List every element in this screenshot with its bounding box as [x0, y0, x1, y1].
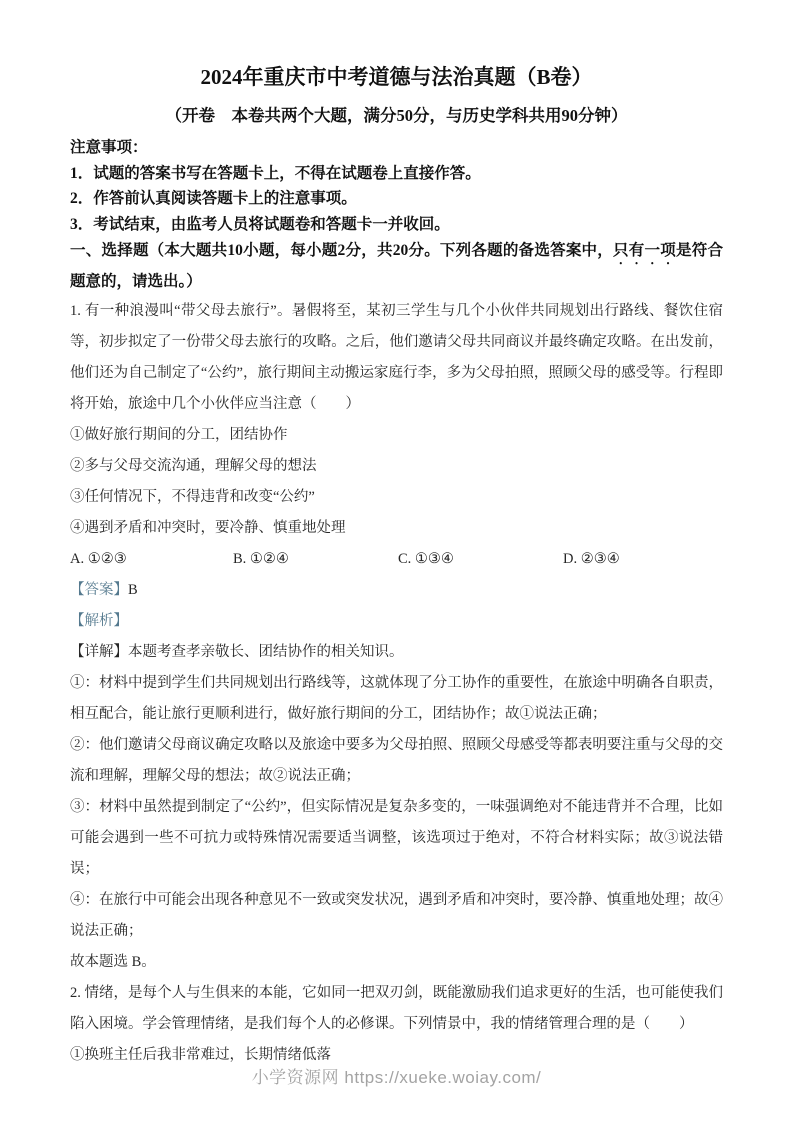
page-subtitle: （开卷 本卷共两个大题，满分50分，与历史学科共用90分钟）	[70, 104, 723, 128]
detail-point-1: ①：材料中提到学生们共同规划出行路线等，这就体现了分工协作的重要性，在旅途中明确…	[70, 668, 723, 730]
notice-item-2: 2．作答前认真阅读答题卡上的注意事项。	[70, 186, 723, 212]
section-heading-prefix: 一、选择题（本大题共10小题，每小题2分，共20分。下列各题的备选答案中，	[70, 242, 613, 259]
question-1-statement-4: ④遇到矛盾和冲突时，要冷静、慎重地处理	[70, 513, 723, 544]
choice-option-a: A. ①②③	[70, 544, 127, 575]
document-page: 2024年重庆市中考道德与法治真题（B卷） （开卷 本卷共两个大题，满分50分，…	[0, 0, 793, 1122]
answer-line: 【答案】B	[70, 575, 723, 606]
question-1-choices: A. ①②③ B. ①②④ C. ①③④ D. ②③④	[70, 544, 723, 575]
choice-option-d: D. ②③④	[563, 544, 620, 575]
question-2-stem: 2. 情绪，是每个人与生俱来的本能，它如同一把双刃剑，既能激励我们追求更好的生活…	[70, 978, 723, 1040]
question-1-statement-3: ③任何情况下，不得违背和改变“公约”	[70, 482, 723, 513]
detail-point-2: ②：他们邀请父母商议确定攻略以及旅途中要多为父母拍照、照顾父母感受等都表明要注重…	[70, 730, 723, 792]
section-heading: 一、选择题（本大题共10小题，每小题2分，共20分。下列各题的备选答案中，只有一…	[70, 237, 723, 296]
detail-point-4: ④：在旅行中可能会出现各种意见不一致或突发状况，遇到矛盾和冲突时，要冷静、慎重地…	[70, 885, 723, 947]
section-heading-emphasis: 只有一项	[613, 242, 676, 259]
notice-heading: 注意事项：	[70, 135, 723, 161]
detail-point-3: ③：材料中虽然提到制定了“公约”，但实际情况是复杂多变的，一味强调绝对不能违背并…	[70, 792, 723, 885]
detail-label: 【详解】	[70, 644, 128, 660]
choice-option-b: B. ①②④	[233, 544, 289, 575]
notice-section: 注意事项： 1．试题的答案书写在答题卡上，不得在试题卷上直接作答。 2．作答前认…	[70, 135, 723, 237]
analysis-line: 【解析】	[70, 606, 723, 637]
question-1-stem: 1. 有一种浪漫叫“带父母去旅行”。暑假将至，某初三学生与几个小伙伴共同规划出行…	[70, 296, 723, 420]
notice-item-3: 3．考试结束，由监考人员将试题卷和答题卡一并收回。	[70, 212, 723, 238]
detail-intro-text: 本题考查孝亲敬长、团结协作的相关知识。	[128, 644, 404, 660]
conclusion-line: 故本题选 B。	[70, 947, 723, 978]
choice-option-c: C. ①③④	[398, 544, 454, 575]
answer-value: B	[128, 582, 138, 598]
question-1-statement-1: ①做好旅行期间的分工，团结协作	[70, 420, 723, 451]
question-1-statement-2: ②多与父母交流沟通，理解父母的想法	[70, 451, 723, 482]
answer-label: 【答案】	[70, 582, 128, 598]
detail-intro-line: 【详解】本题考查孝亲敬长、团结协作的相关知识。	[70, 637, 723, 668]
analysis-label: 【解析】	[70, 613, 128, 629]
footer-site-link: 小学资源网 https://xueke.woiay.com/	[252, 1068, 542, 1087]
footer-watermark: 小学资源网 https://xueke.woiay.com/	[0, 1066, 793, 1090]
notice-item-1: 1．试题的答案书写在答题卡上，不得在试题卷上直接作答。	[70, 161, 723, 187]
page-title: 2024年重庆市中考道德与法治真题（B卷）	[70, 62, 723, 92]
